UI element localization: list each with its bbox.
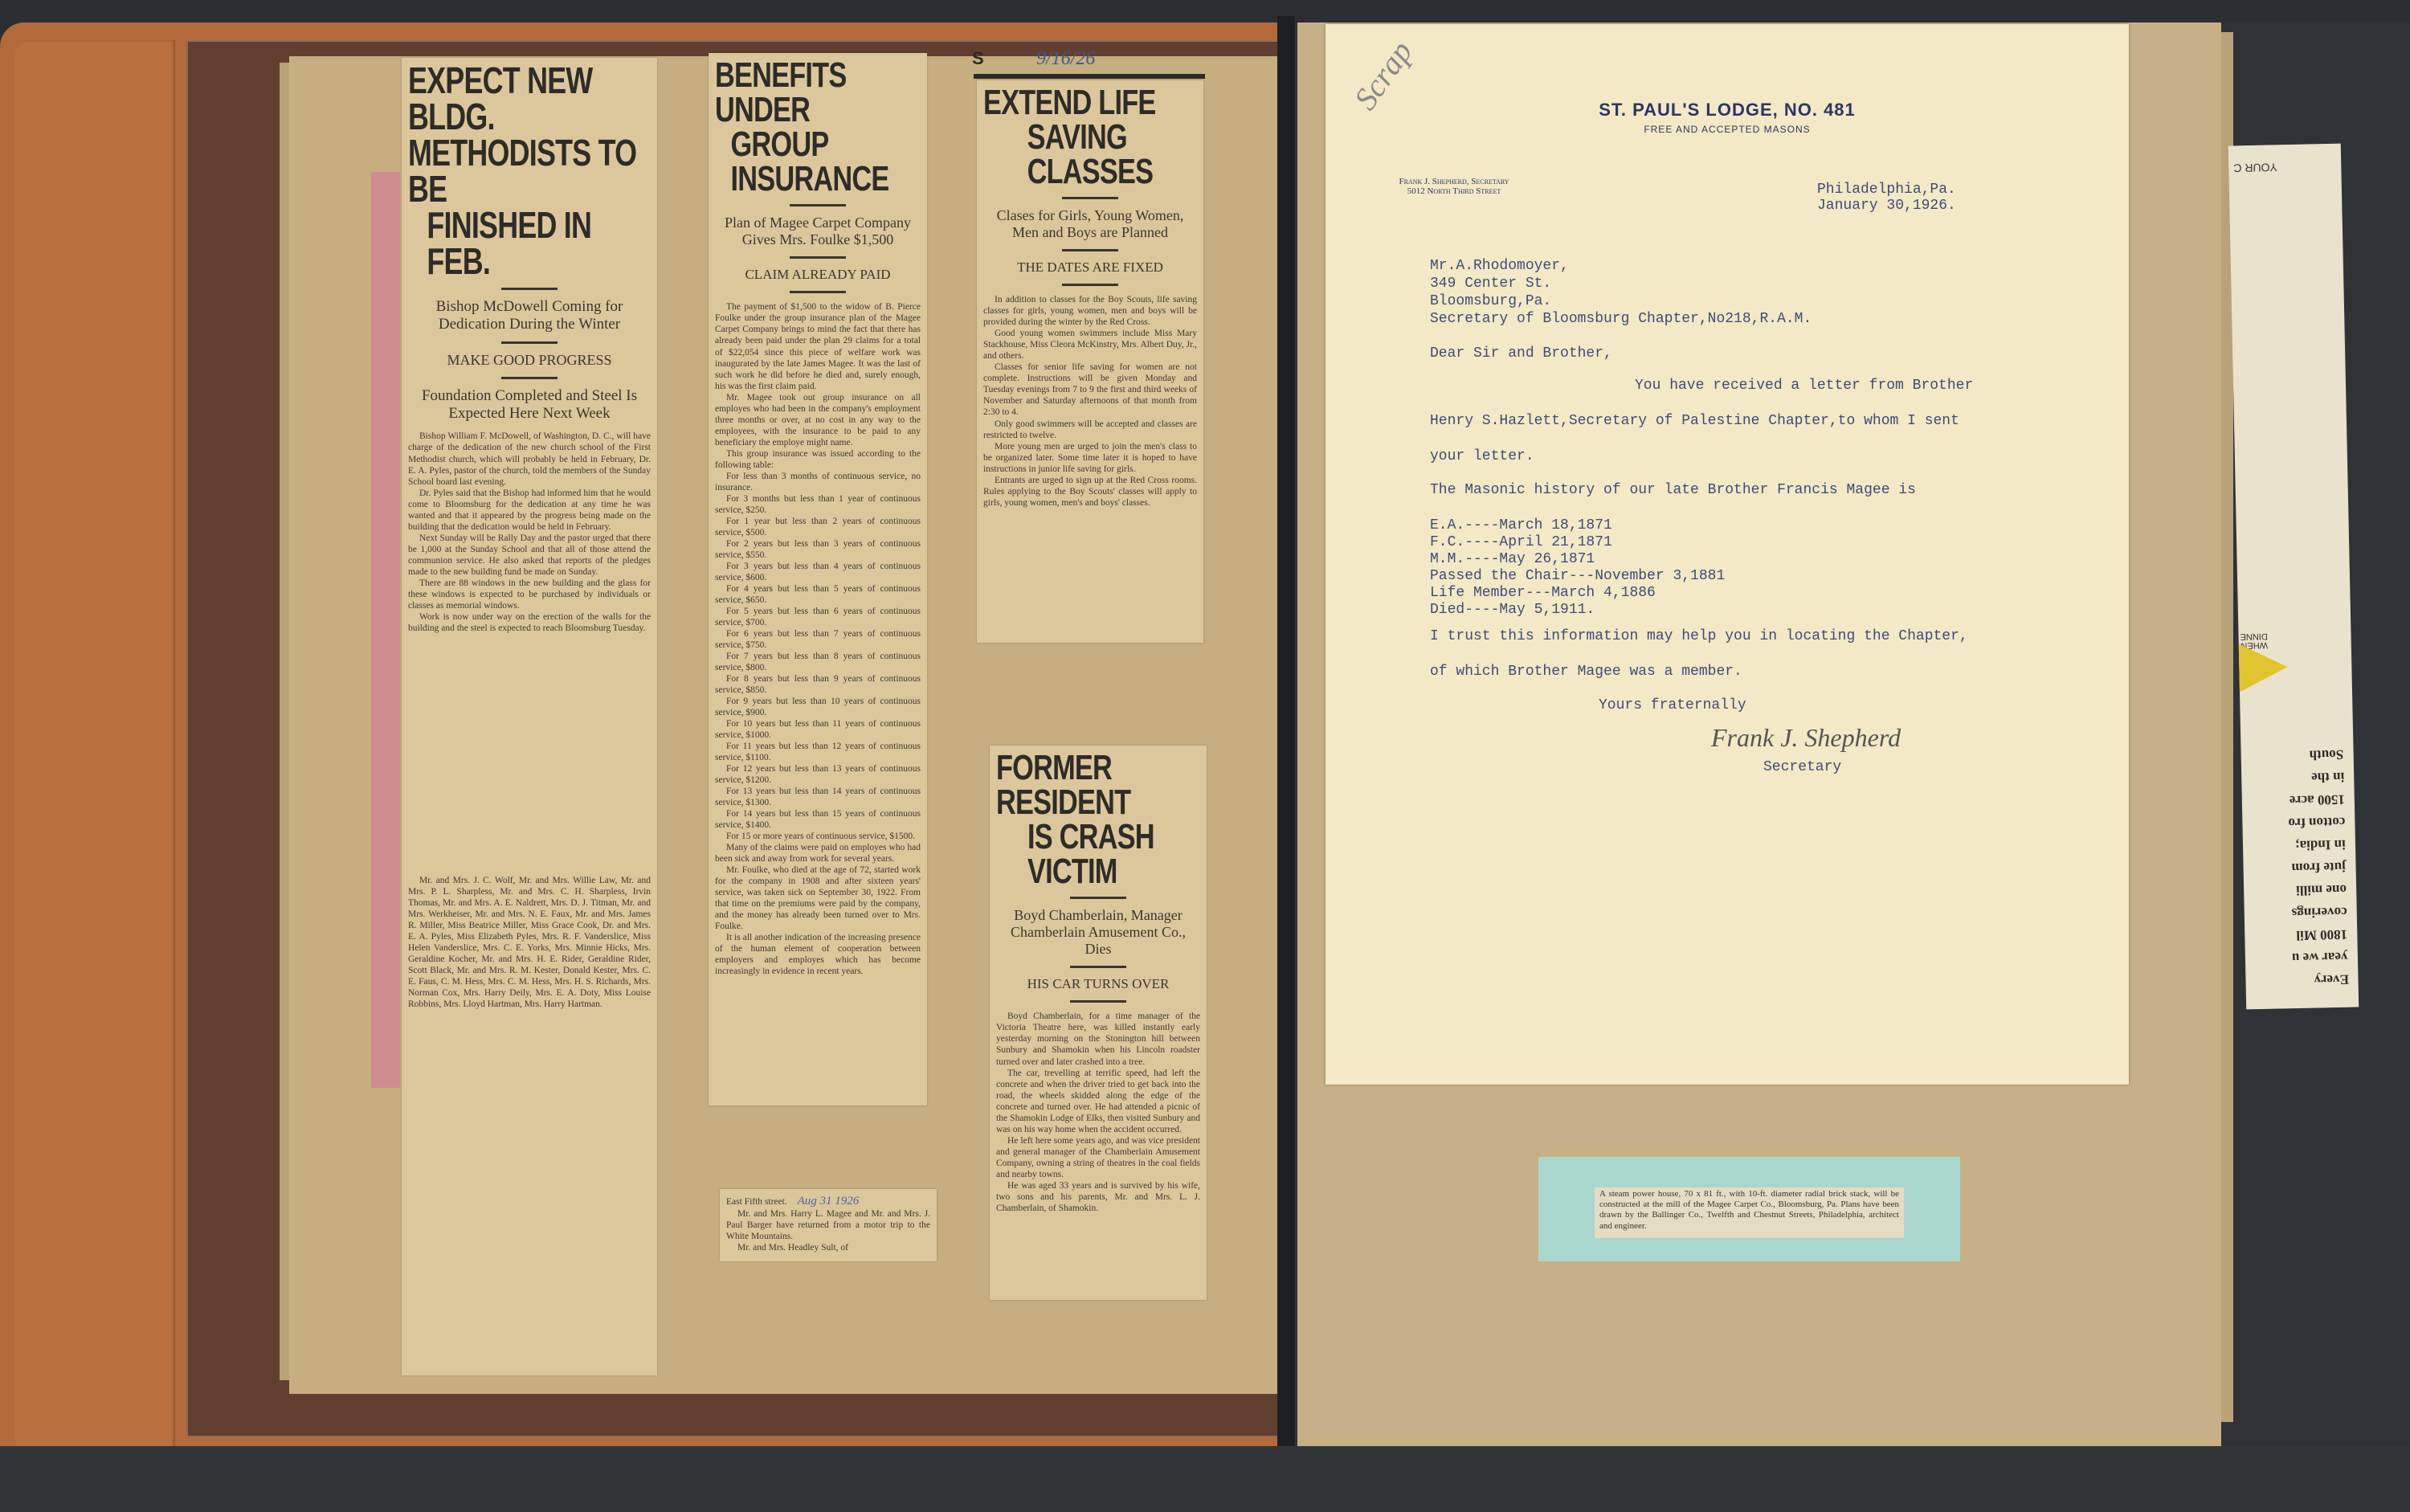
- article-paragraph: The payment of $1,500 to the widow of B.…: [715, 301, 921, 391]
- yellow-triangle-graphic: [2239, 643, 2288, 692]
- divider: [1070, 897, 1126, 899]
- article-body: Bishop William F. McDowell, of Washingto…: [408, 431, 651, 1009]
- subheadline: Plan of Magee Carpet Company Gives Mrs. …: [715, 215, 921, 248]
- binder-bottom-edge: [0, 1446, 2410, 1512]
- article-paragraph: For 5 years but less than 6 years of con…: [715, 606, 921, 628]
- signature-title: Secretary: [1763, 759, 1841, 775]
- divider: [1062, 197, 1118, 199]
- article-paragraph: For 11 years but less than 12 years of c…: [715, 741, 921, 763]
- article-paragraph: For less than 3 months of continuous ser…: [715, 471, 921, 493]
- recipient-block: Mr.A.Rhodomoyer, 349 Center St. Bloomsbu…: [1430, 257, 1812, 328]
- binder-spine: [1277, 16, 1295, 1494]
- article-paragraph: It is all another indication of the incr…: [715, 932, 921, 977]
- signature: Frank J. Shepherd: [1711, 723, 1901, 753]
- clipping-crash-victim: FORMER RESIDENT IS CRASH VICTIM Boyd Cha…: [990, 746, 1207, 1300]
- ad-line: Every: [2314, 971, 2349, 988]
- letter-date: January 30,1926.: [1817, 198, 1956, 214]
- valediction: Yours fraternally: [1599, 697, 1746, 713]
- body-line: Henry S.Hazlett,Secretary of Palestine C…: [1430, 413, 1959, 429]
- ad-line: cotton fro: [2288, 814, 2345, 831]
- masonic-history: E.A.----March 18,1871 F.C.----April 21,1…: [1430, 517, 1725, 619]
- article-paragraph: For 13 years but less than 14 years of c…: [715, 786, 921, 808]
- article-paragraph: For 12 years but less than 13 years of c…: [715, 763, 921, 786]
- article-paragraph: Entrants are urged to sign up at the Red…: [983, 475, 1197, 509]
- closing-line: of which Brother Magee was a member.: [1430, 664, 1742, 680]
- article-body: The payment of $1,500 to the widow of B.…: [715, 301, 921, 977]
- divider: [790, 256, 846, 259]
- subheadline: Foundation Completed and Steel Is Expect…: [408, 387, 651, 423]
- divider: [790, 291, 846, 293]
- ad-line: 1800 Mil: [2296, 926, 2347, 943]
- headline-line: EXTEND LIFE: [983, 85, 1203, 120]
- subheadline: MAKE GOOD PROGRESS: [408, 352, 651, 369]
- article-paragraph: For 3 months but less than 1 year of con…: [715, 493, 921, 516]
- teal-mounted-clipping: A steam power house, 70 x 81 ft., with 1…: [1538, 1157, 1960, 1261]
- advertisement-strip: YOUR C WHEN DINNE Everyyear we u1800 Mil…: [2228, 144, 2359, 1010]
- letterhead-subtitle: FREE AND ACCEPTED MASONS: [1325, 124, 2129, 135]
- article-paragraph: For 7 years but less than 8 years of con…: [715, 651, 921, 673]
- headline-line: SAVING CLASSES: [983, 120, 1203, 189]
- article-paragraph: Mr. Foulke, who died at the age of 72, s…: [715, 864, 921, 932]
- ad-line: jute from: [2291, 859, 2347, 876]
- article-paragraph: For 1 year but less than 2 years of cont…: [715, 516, 921, 538]
- body-line: The Masonic history of our late Brother …: [1430, 482, 1916, 498]
- divider: [501, 288, 558, 290]
- sender-address: 5012 North Third Street: [1374, 186, 1534, 196]
- clipping-social-note: East Fifth street. Aug 31 1926 Mr. and M…: [720, 1189, 937, 1261]
- divider: [1070, 1000, 1126, 1003]
- headline-line: FORMER RESIDENT: [996, 750, 1207, 819]
- handwritten-date: 9/16/26: [1036, 48, 1095, 70]
- article-body: Boyd Chamberlain, for a time manager of …: [996, 1011, 1200, 1213]
- article-paragraph: This group insurance was issued accordin…: [715, 448, 921, 471]
- ad-line: coverings: [2292, 904, 2347, 921]
- ad-line: year we u: [2292, 949, 2348, 966]
- article-paragraph: He was aged 33 years and is survived by …: [996, 1180, 1200, 1214]
- subheadline: CLAIM ALREADY PAID: [715, 267, 921, 283]
- subheadline: Bishop McDowell Coming for Dedication Du…: [408, 298, 651, 333]
- ad-line: in India;: [2295, 836, 2346, 853]
- headline-line: BENEFITS UNDER: [715, 58, 927, 127]
- article-paragraph: In addition to classes for the Boy Scout…: [983, 294, 1197, 328]
- clipping-text: A steam power house, 70 x 81 ft., with 1…: [1595, 1187, 1904, 1238]
- article-paragraph: Many of the claims were paid on employes…: [715, 842, 921, 864]
- binder-left-flap: [14, 40, 175, 1454]
- body-line: your letter.: [1430, 448, 1534, 464]
- subheadline: Boyd Chamberlain, Manager Chamberlain Am…: [996, 907, 1200, 958]
- subheadline: HIS CAR TURNS OVER: [996, 976, 1200, 992]
- handwritten-date: Aug 31 1926: [798, 1195, 860, 1208]
- ad-line: in the: [2311, 769, 2345, 786]
- article-paragraph: Only good swimmers will be accepted and …: [983, 419, 1197, 441]
- article-paragraph: For 2 years but less than 3 years of con…: [715, 538, 921, 561]
- article-paragraph: Good young women swimmers include Miss M…: [983, 328, 1197, 362]
- ad-line: one milli: [2296, 881, 2347, 898]
- letterhead-title: ST. PAUL'S LODGE, NO. 481: [1325, 100, 2129, 121]
- article-paragraph: Mr. Magee took out group insurance on al…: [715, 392, 921, 448]
- headline-line: EXPECT NEW BLDG.: [408, 63, 652, 135]
- article-paragraph: For 9 years but less than 10 years of co…: [715, 696, 921, 718]
- divider: [501, 341, 558, 344]
- divider: [1070, 966, 1126, 968]
- article-body: In addition to classes for the Boy Scout…: [983, 294, 1197, 508]
- article-paragraph: Boyd Chamberlain, for a time manager of …: [996, 1011, 1200, 1067]
- subheadline: THE DATES ARE FIXED: [983, 259, 1197, 276]
- article-paragraph: Classes for senior life saving for women…: [983, 362, 1197, 418]
- article-paragraph: For 8 years but less than 9 years of con…: [715, 673, 921, 696]
- headline-line: FINISHED IN FEB.: [408, 207, 652, 280]
- article-paragraph: More young men are urged to join the men…: [983, 441, 1197, 475]
- clipping-methodist-building: EXPECT NEW BLDG. METHODISTS TO BE FINISH…: [402, 58, 657, 1375]
- divider: [501, 377, 558, 379]
- ad-line: 1500 acre: [2289, 791, 2345, 808]
- article-paragraph: For 15 or more years of continuous servi…: [715, 831, 921, 842]
- clipping-life-saving: EXTEND LIFE SAVING CLASSES Clases for Gi…: [977, 80, 1203, 643]
- headline-line: METHODISTS TO BE: [408, 135, 652, 207]
- ad-top-text: YOUR C: [2233, 161, 2277, 174]
- divider: [1062, 249, 1118, 251]
- article-paragraph: For 3 years but less than 4 years of con…: [715, 561, 921, 583]
- headline-line: GROUP INSURANCE: [715, 127, 927, 196]
- rule: [974, 74, 1205, 79]
- article-paragraph: For 14 years but less than 15 years of c…: [715, 808, 921, 831]
- body-line: You have received a letter from Brother: [1635, 378, 1973, 394]
- article-paragraph: For 4 years but less than 5 years of con…: [715, 583, 921, 606]
- salutation: Dear Sir and Brother,: [1430, 345, 1612, 362]
- headline-line: IS CRASH VICTIM: [996, 819, 1207, 889]
- divider: [790, 204, 846, 206]
- article-paragraph: The car, trevelling at terrific speed, h…: [996, 1068, 1200, 1135]
- clipping-group-insurance: BENEFITS UNDER GROUP INSURANCE Plan of M…: [709, 53, 927, 1105]
- article-paragraph: For 6 years but less than 7 years of con…: [715, 628, 921, 651]
- letter-place: Philadelphia,Pa.: [1817, 182, 1956, 198]
- pink-paper-strip: [371, 172, 400, 1088]
- closing-line: I trust this information may help you in…: [1430, 628, 1968, 644]
- article-paragraph: For 10 years but less than 11 years of c…: [715, 718, 921, 741]
- article-paragraph: He left here some years ago, and was vic…: [996, 1135, 1200, 1180]
- divider: [1062, 284, 1118, 286]
- letter-sheet: Scrap ST. PAUL'S LODGE, NO. 481 FREE AND…: [1325, 24, 2129, 1085]
- subheadline: Clases for Girls, Young Women, Men and B…: [983, 207, 1197, 241]
- sender-name: Frank J. Shepherd, Secretary: [1374, 177, 1534, 186]
- ad-line: South: [2310, 746, 2344, 763]
